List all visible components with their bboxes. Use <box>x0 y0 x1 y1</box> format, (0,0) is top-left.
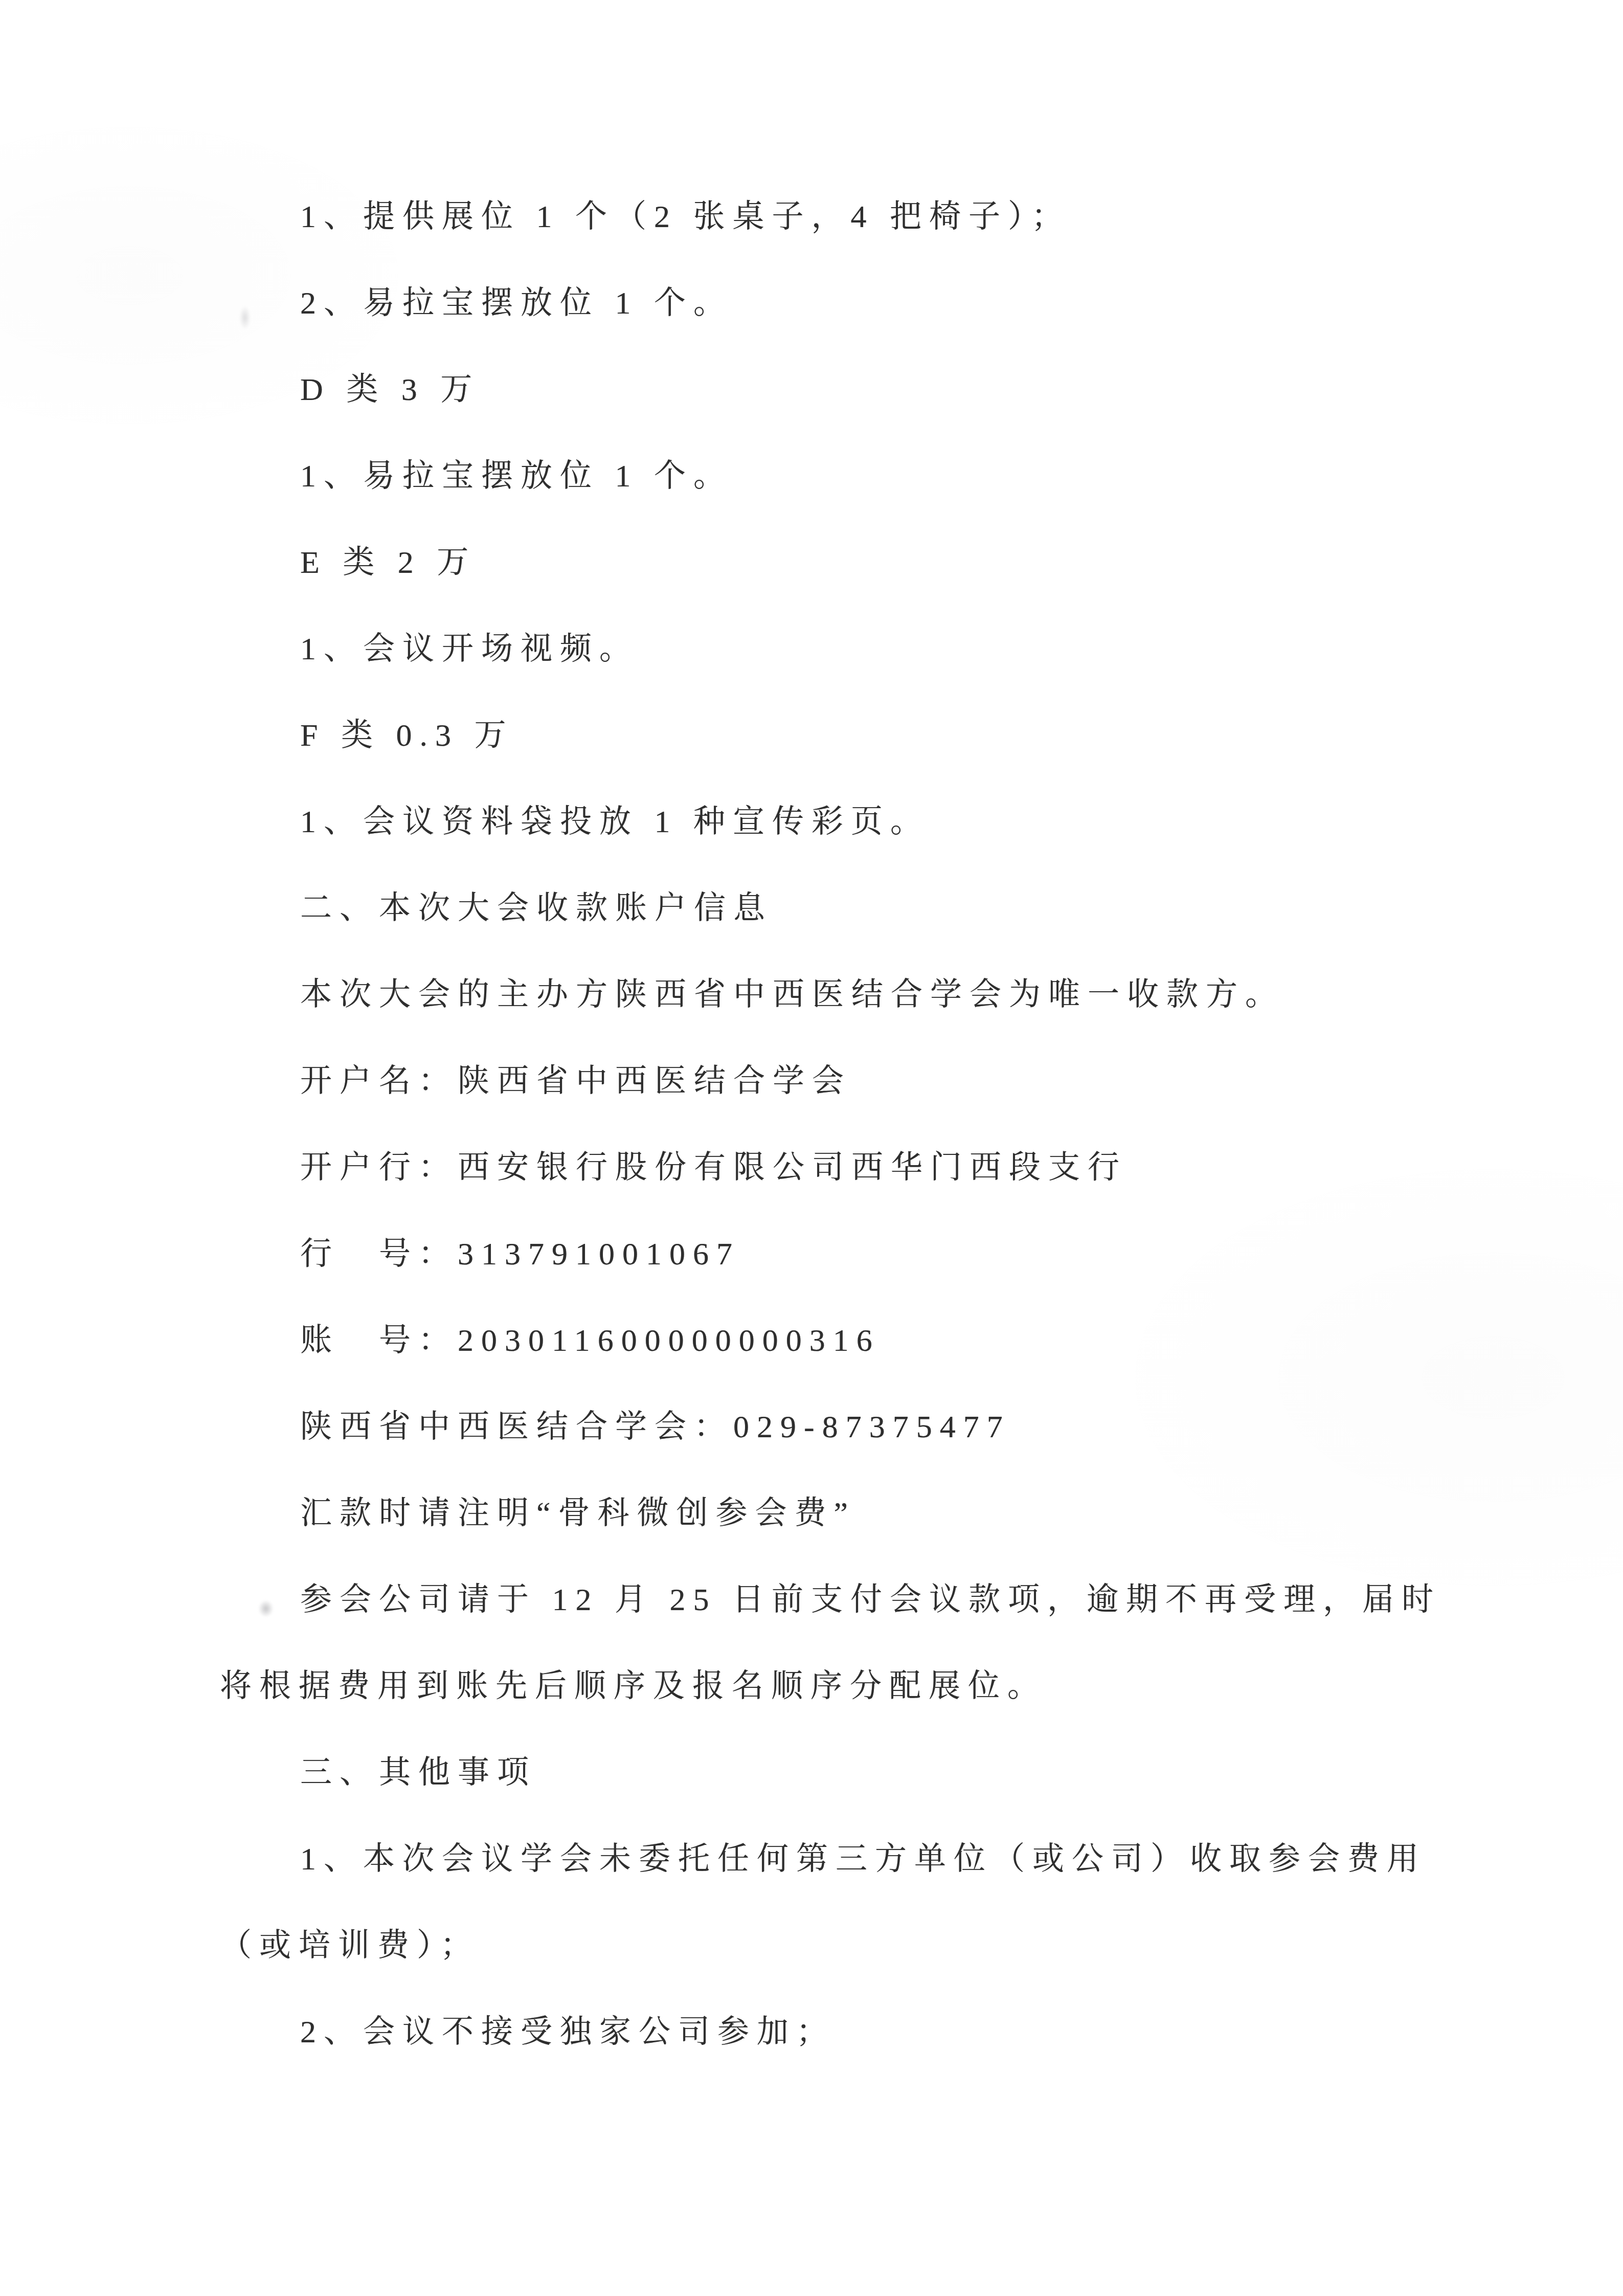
scanned-document-page: 1、提供展位 1 个（2 张桌子，4 把椅子）； 2、易拉宝摆放位 1 个。 D… <box>0 0 1623 2296</box>
document-body: 1、提供展位 1 个（2 张桌子，4 把椅子）； 2、易拉宝摆放位 1 个。 D… <box>220 174 1457 2076</box>
line-contact-phone: 陕西省中西医结合学会：029-87375477 <box>220 1384 1457 1470</box>
line-class-f-item-flyer: 1、会议资料袋投放 1 种宣传彩页。 <box>220 779 1457 865</box>
line-class-e-heading: E 类 2 万 <box>220 520 1457 606</box>
line-class-d-item-banner: 1、易拉宝摆放位 1 个。 <box>220 433 1457 520</box>
line-remittance-note: 汇款时请注明“骨科微创参会费” <box>220 1470 1457 1557</box>
line-class-f-heading: F 类 0.3 万 <box>220 693 1457 779</box>
line-account-name: 开户名：陕西省中西医结合学会 <box>220 1038 1457 1125</box>
line-class-c-item-booth: 1、提供展位 1 个（2 张桌子，4 把椅子）； <box>220 174 1457 260</box>
line-payment-deadline-part2: 将根据费用到账先后顺序及报名顺序分配展位。 <box>220 1643 1457 1730</box>
line-class-c-item-banner: 2、易拉宝摆放位 1 个。 <box>220 260 1457 347</box>
line-other-item1-part2: （或培训费）； <box>220 1903 1457 1989</box>
line-other-item2: 2、会议不接受独家公司参加； <box>220 1989 1457 2076</box>
line-other-item1-part1: 1、本次会议学会未委托任何第三方单位（或公司）收取参会费用 <box>220 1816 1457 1903</box>
line-class-d-heading: D 类 3 万 <box>220 347 1457 433</box>
line-class-e-item-video: 1、会议开场视频。 <box>220 606 1457 693</box>
heading-other-matters: 三、其他事项 <box>220 1730 1457 1816</box>
heading-payment-account-info: 二、本次大会收款账户信息 <box>220 865 1457 952</box>
line-sole-payee: 本次大会的主办方陕西省中西医结合学会为唯一收款方。 <box>220 952 1457 1038</box>
line-account-number: 账 号：203011600000000316 <box>220 1298 1457 1384</box>
line-bank-number: 行 号：313791001067 <box>220 1211 1457 1298</box>
line-payment-deadline-part1: 参会公司请于 12 月 25 日前支付会议款项，逾期不再受理，届时 <box>220 1557 1457 1643</box>
line-bank-branch: 开户行：西安银行股份有限公司西华门西段支行 <box>220 1125 1457 1211</box>
